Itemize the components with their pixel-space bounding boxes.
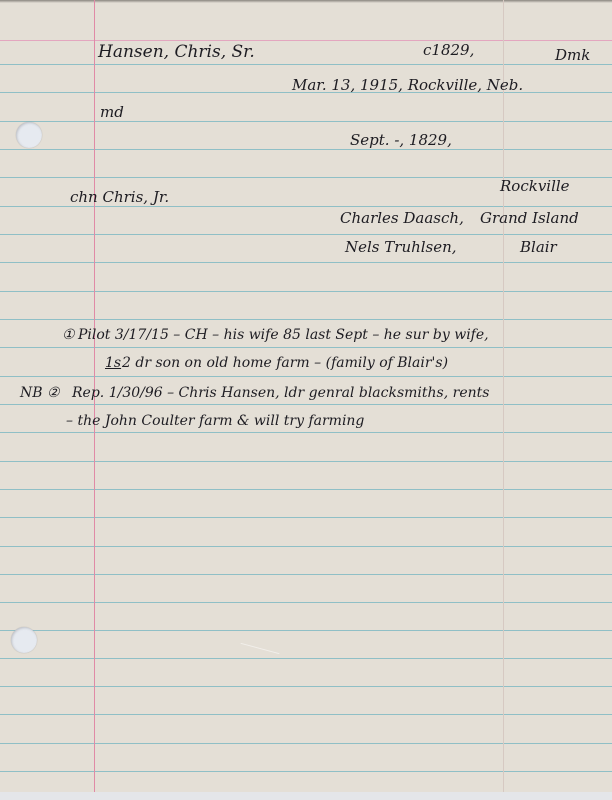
birth-year: c1829,: [423, 43, 474, 58]
ruled-line: [0, 743, 612, 744]
header-rule: [0, 40, 612, 41]
ruled-line: [0, 64, 612, 65]
note-marker: NB ②: [20, 386, 60, 400]
relative-place: Blair: [520, 240, 557, 255]
note-underlined-text: 1s: [105, 356, 121, 370]
relative-place: Grand Island: [480, 211, 579, 226]
page-top-shadow: [0, 0, 612, 3]
ruled-line: [0, 262, 612, 263]
ruled-line: [0, 319, 612, 320]
ruled-line: [0, 347, 612, 348]
ruled-line: [0, 686, 612, 687]
death-date-place: Mar. 13, 1915, Rockville, Neb.: [292, 78, 523, 93]
ruled-line: [0, 546, 612, 547]
ruled-line: [0, 121, 612, 122]
punch-hole: [11, 627, 37, 653]
note-marker: ①: [62, 328, 75, 342]
note-line: 2 dr son on old home farm – (family of B…: [122, 356, 448, 370]
notebook-page: Hansen, Chris, Sr. c1829, Dmk Mar. 13, 1…: [0, 0, 612, 792]
punch-hole: [16, 122, 42, 148]
relative-name: Nels Truhlsen,: [345, 240, 457, 255]
ruled-line: [0, 461, 612, 462]
relative-place: Rockville: [500, 179, 570, 194]
note-line: – the John Coulter farm & will try farmi…: [66, 414, 364, 428]
ruled-line: [0, 376, 612, 377]
paper-crease: [241, 643, 280, 654]
note-line: Pilot 3/17/15 – CH – his wife 85 last Se…: [78, 328, 489, 342]
ruled-line: [0, 291, 612, 292]
note-line: Rep. 1/30/96 – Chris Hansen, ldr genral …: [72, 386, 489, 400]
ruled-line: [0, 602, 612, 603]
ruled-line: [0, 574, 612, 575]
person-name: Hansen, Chris, Sr.: [98, 44, 255, 61]
record-code: Dmk: [555, 48, 590, 63]
ruled-line: [0, 404, 612, 405]
children-label: chn Chris, Jr.: [70, 190, 169, 205]
ruled-line: [0, 149, 612, 150]
marital-status: md: [100, 105, 124, 120]
ruled-line: [0, 432, 612, 433]
ruled-line: [0, 714, 612, 715]
right-margin-line: [503, 0, 504, 792]
ruled-line: [0, 771, 612, 772]
ruled-line: [0, 206, 612, 207]
relative-name: Charles Daasch,: [340, 211, 464, 226]
ruled-line: [0, 517, 612, 518]
ruled-line: [0, 489, 612, 490]
ruled-line: [0, 630, 612, 631]
marriage-date: Sept. -, 1829,: [350, 133, 452, 148]
ruled-line: [0, 658, 612, 659]
ruled-line: [0, 234, 612, 235]
